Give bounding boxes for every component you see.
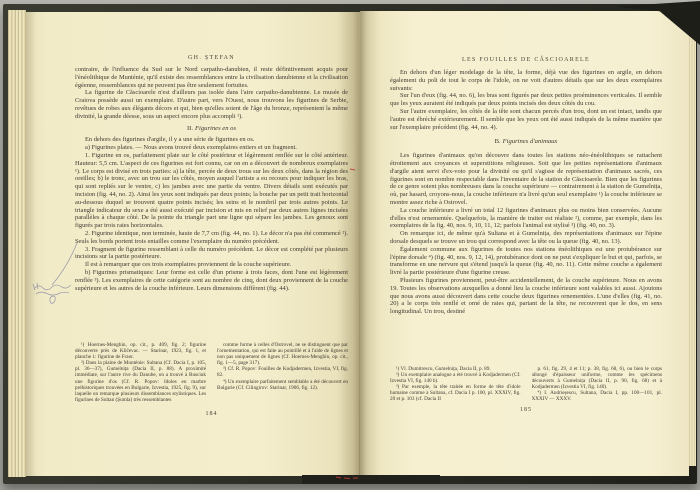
left-footnotes-col1: ¹) Hoernes-Menghin, op. cit., p. 409, fi… <box>75 342 206 403</box>
paragraph: ⁴) I. Andrieșescu, Sultana, Dacia I, pp.… <box>532 390 663 402</box>
paragraph: ³) Cf. R. Popov: Fouilles de Kodjadermen… <box>217 366 348 378</box>
paragraph: comme forme à celles d'Ostrovel, ne se d… <box>217 342 348 366</box>
running-head-left: GH. ȘTEFAN <box>75 55 348 61</box>
left-page-edge-shade <box>26 12 36 476</box>
paragraph: On remarque ici, de même qu'à Sultana et… <box>390 230 662 246</box>
right-footnotes-col2: p. 61, fig. 29, 4 et 11; p. 38, fig. 68,… <box>532 366 663 403</box>
section-heading-title: Figurines en os <box>195 125 236 132</box>
paragraph: En dehors des figurines d'argile, il y a… <box>75 136 348 144</box>
section-heading-prefix: B. <box>495 138 501 145</box>
paragraph: Sur l'autre exemplaire, les côtés de la … <box>390 108 662 131</box>
book-photo: GH. ȘTEFAN contraire, de l'influence du … <box>0 0 700 490</box>
left-paragraphs-main: En dehors des figurines d'argile, il y a… <box>75 136 348 292</box>
section-heading-prefix: II. <box>187 125 193 132</box>
page-stack-edge-right <box>689 14 696 466</box>
page-number-left: 184 <box>75 411 348 417</box>
right-paragraphs-main: Les figurines d'animaux qu'on découvre d… <box>390 152 662 316</box>
paragraph: Il est à remarquer que ces trois exempla… <box>75 261 348 269</box>
left-paragraphs-top: contraire, de l'influence du Sud sur le … <box>75 66 348 121</box>
paragraph: La figurine de Căscioarele n'est d'aille… <box>75 89 348 120</box>
right-page-body: En dehors d'un léger modelage de la tête… <box>390 69 662 369</box>
paragraph: Également commune aux figurines de toute… <box>390 246 662 277</box>
left-page-body: contraire, de l'influence du Sud sur le … <box>75 66 348 358</box>
paragraph: 3. Fragment de figurine ressemblant à ce… <box>75 246 348 262</box>
paragraph: Les figurines d'animaux qu'on découvre d… <box>390 152 662 207</box>
paragraph: 1. Figurine en os, parfaitement plate su… <box>75 152 348 230</box>
paragraph: La couche inférieure a livré un total 12… <box>390 207 662 230</box>
paragraph: b) Figurines prismatiques: Leur forme es… <box>75 269 348 292</box>
right-footnotes: ¹) Vl. Dumitrescu, Gumelnița, Dacia II, … <box>390 366 662 403</box>
page-stack-edge-left <box>8 10 26 477</box>
paragraph: 2. Figurine identique, non terminée, hau… <box>75 230 348 246</box>
paragraph: p. 61, fig. 29, 4 et 11; p. 38, fig. 68,… <box>532 366 663 390</box>
left-footnotes: ¹) Hoernes-Menghin, op. cit., p. 409, fi… <box>75 342 348 403</box>
left-footnotes-col2: comme forme à celles d'Ostrovel, ne se d… <box>217 342 348 403</box>
section-heading-title: Figurines d'animaux <box>503 138 558 145</box>
right-paragraphs-top: En dehors d'un léger modelage de la tête… <box>390 69 662 131</box>
paragraph: contraire, de l'influence du Sud sur le … <box>75 66 348 89</box>
paragraph: ¹) Hoernes-Menghin, op. cit., p. 409, fi… <box>75 342 206 360</box>
left-page: GH. ȘTEFAN contraire, de l'influence du … <box>26 12 360 476</box>
right-page: LES FOUILLES DE CĂSCIOARELE En dehors d'… <box>360 11 689 476</box>
paragraph: ²) Un exemplaire analogue a été trouvé à… <box>390 372 521 384</box>
paragraph: Sur l'un d'eux (fig. 44, no. 6), les bra… <box>390 92 662 108</box>
right-footnotes-col1: ¹) Vl. Dumitrescu, Gumelnița, Dacia II, … <box>390 366 521 403</box>
section-heading-figurines-animaux: B.Figurines d'animaux <box>390 138 662 146</box>
paragraph: Plusieurs figurines proviennent, peut-êt… <box>390 277 662 316</box>
right-page-gutter-shade <box>360 11 380 476</box>
running-head-right: LES FOUILLES DE CĂSCIOARELE <box>390 57 662 63</box>
section-heading-figurines-en-os: II.Figurines en os <box>75 125 348 133</box>
paragraph: ³) Par exemple, la tête traitée en forme… <box>390 384 521 402</box>
paragraph: ²) Dans la plaine de Munténie: Sultana (… <box>75 360 206 403</box>
paragraph: En dehors d'un léger modelage de la tête… <box>390 69 662 92</box>
paragraph: ⁴) Un exemplaire parfaitement semblable … <box>217 379 348 391</box>
page-number-right: 185 <box>390 407 662 413</box>
cover-bottom-edge <box>302 475 440 484</box>
paragraph: a) Figurines plates. — Nous avons trouvé… <box>75 144 348 152</box>
